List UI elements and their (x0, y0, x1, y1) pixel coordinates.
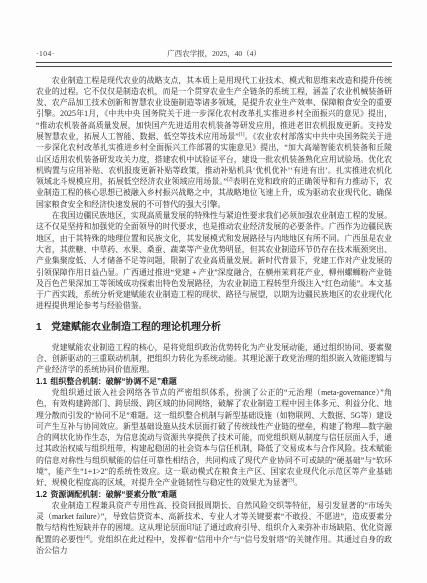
paragraph: 农业制造工程是现代农业的战略支点，其本质上是用现代工业技术、模式和思维来改造和提… (36, 75, 392, 211)
page-number: ·104· (36, 48, 55, 59)
heading-number: 1.2 (36, 490, 47, 499)
page-header: ·104· 广西农学报，2025，40（4） (36, 48, 392, 59)
journal-citation: 广西农学报，2025，40（4） (167, 49, 261, 58)
subsection-heading: 1.1组织整合机制：破解“协调不足”难题 (36, 376, 392, 387)
heading-number: 1.1 (36, 377, 47, 386)
citation-marker: [2] (227, 178, 233, 183)
paragraph: 农业制造工程兼具资产专用性高、投资回报周期长、自然风险交织等特征，易引发显著的“… (36, 500, 392, 556)
paragraph: 党建赋能农业制造工程的核心，是将党组织政治优势转化为产业发展动能，通过组织协同、… (36, 342, 392, 376)
citation-marker: [4] (84, 535, 90, 540)
paragraph: 党组织通过嵌入社会网络各节点的严密组织体系，扮演了公正的“元治理（meta-go… (36, 387, 392, 489)
citation-marker: [3] (289, 479, 295, 484)
paragraph: 在我国边疆民族地区，实现高质量发展的特殊性与紧迫性要求我们必须加强农业制造工程的… (36, 210, 392, 312)
header-rule (36, 62, 392, 67)
section-heading: 1党建赋能农业制造工程的理论机理分析 (36, 321, 392, 335)
heading-number: 1 (36, 322, 42, 333)
article-body: 农业制造工程是现代农业的战略支点，其本质上是用现代工业技术、模式和思维来改造和提… (36, 75, 392, 557)
journal-page: ·104· 广西农学报，2025，40（4） 农业制造工程是现代农业的战略支点，… (0, 0, 427, 583)
subsection-heading: 1.2资源调配机制：破解“要素分散”难题 (36, 489, 392, 500)
citation-marker: [1] (239, 132, 245, 137)
